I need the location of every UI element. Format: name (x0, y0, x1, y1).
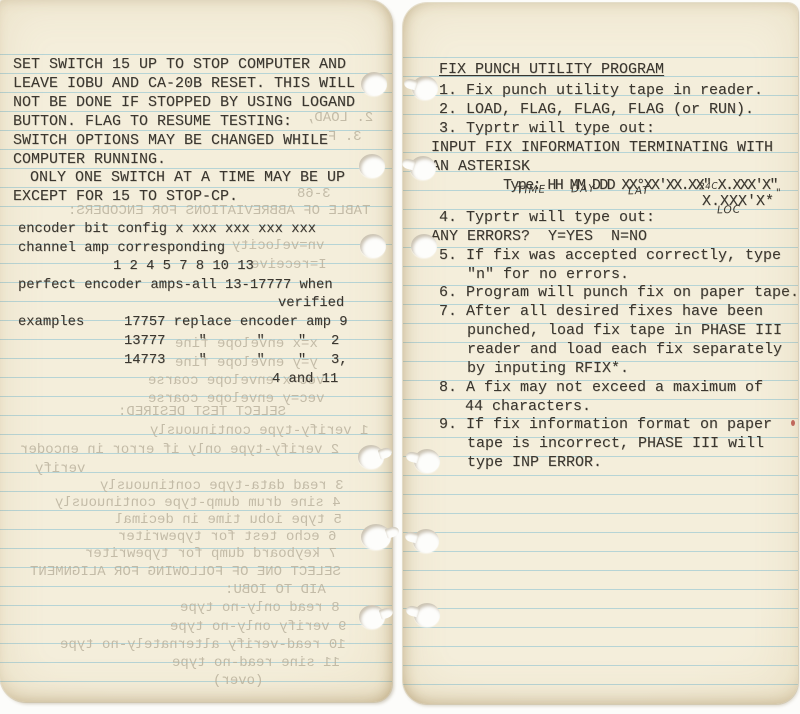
binder-hole-torn (414, 449, 440, 473)
typed-line: EXCEPT FOR 15 TO STOP-CP. (13, 187, 238, 206)
typed-line: SWITCH OPTIONS MAY BE CHANGED WHILE (13, 131, 328, 150)
typed-line: encoder bit config x xxx xxx xxx xxx (18, 220, 316, 239)
binder-hole-torn (359, 605, 385, 629)
handwritten-annotation: LOC (717, 204, 742, 217)
binder-hole (411, 234, 437, 258)
handwritten-annotation: DAY (571, 183, 596, 196)
handwritten-annotation: " (776, 187, 782, 199)
typed-line: 14773 " " " 3, (124, 351, 348, 370)
handwritten-annotation-layer: TIMEDAYLAT24C"LOC (403, 3, 798, 704)
binder-hole-torn (413, 529, 439, 553)
typed-line: examples (18, 313, 84, 332)
typed-text-layer: SET SWITCH 15 UP TO STOP COMPUTER ANDLEA… (0, 0, 392, 702)
binder-hole-torn (358, 445, 384, 469)
typed-line: 13777 " " " 2 (124, 332, 339, 351)
binder-hole (361, 72, 387, 96)
typed-line: BUTTON. FLAG TO RESUME TESTING: (13, 112, 292, 131)
handwritten-annotation: LAT (628, 185, 650, 198)
typed-line: NOT BE DONE IF STOPPED BY USING LOGAND (13, 93, 355, 112)
typed-line: SET SWITCH 15 UP TO STOP COMPUTER AND (13, 55, 346, 74)
binder-hole (360, 234, 386, 258)
binder-hole-torn (361, 524, 391, 550)
binder-hole-torn (412, 76, 438, 100)
binder-hole-torn (414, 603, 440, 627)
scanned-notebook-spread: 2. LOAD,3. F3-68TABLE OF ABBREVIATIONS F… (0, 0, 800, 714)
tear-tail (385, 525, 400, 539)
typed-line: LEAVE IOBU AND CA-20B RESET. THIS WILL (13, 74, 355, 93)
handwritten-annotation: TIME (517, 183, 547, 196)
typed-line: verified (278, 294, 344, 313)
binder-hole (359, 154, 385, 178)
right-page: FIX PUNCH UTILITY PROGRAM1. Fix punch ut… (403, 3, 798, 704)
left-page: 2. LOAD,3. F3-68TABLE OF ABBREVIATIONS F… (0, 0, 392, 702)
typed-line: 4 and 11 (272, 370, 338, 389)
typed-line: 1 2 4 5 7 8 10 13 (113, 257, 254, 276)
typed-line: channel amp corresponding (18, 239, 225, 258)
typed-line: COMPUTER RUNNING. (13, 150, 166, 169)
binder-hole-torn (410, 156, 436, 180)
handwritten-annotation: 24C (699, 181, 719, 194)
typed-line: perfect encoder amps-all 13-17777 when (18, 276, 333, 295)
red-ink-speck (791, 420, 795, 426)
typed-line: 17757 replace encoder amp 9 (124, 313, 348, 332)
typed-line: ONLY ONE SWITCH AT A TIME MAY BE UP (30, 168, 345, 187)
